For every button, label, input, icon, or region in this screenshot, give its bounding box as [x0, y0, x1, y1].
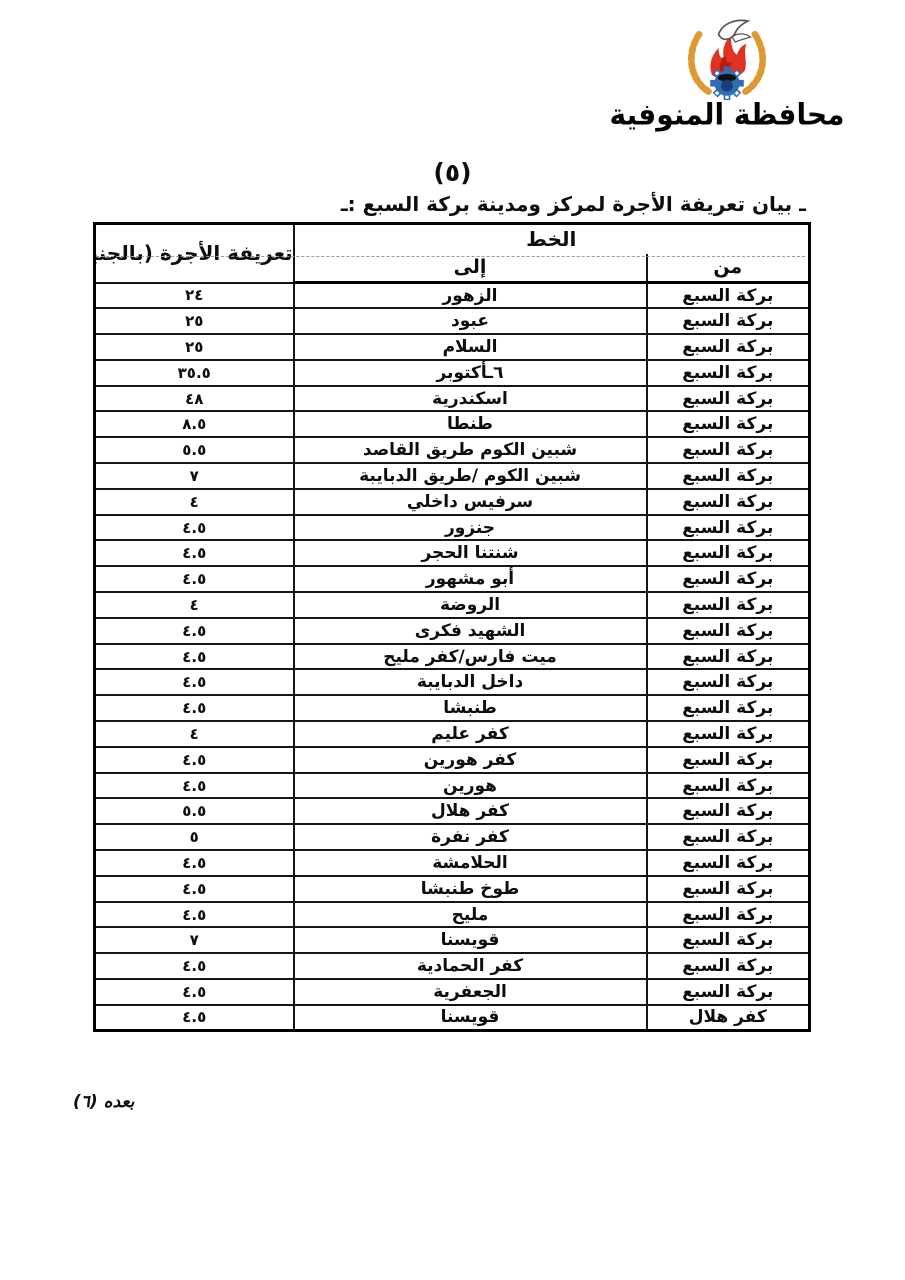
from-cell: بركة السبع	[647, 669, 810, 695]
fare-row: بركة السبع السلام ٢٥	[95, 334, 810, 360]
to-cell: ميت فارس/كفر مليح	[294, 644, 647, 670]
to-cell: ٦ـأكتوبر	[294, 360, 647, 386]
fare-row: بركة السبع طنبشا ٤.٥	[95, 695, 810, 721]
fare-row: بركة السبع الشهيد فكرى ٤.٥	[95, 618, 810, 644]
from-cell: بركة السبع	[647, 540, 810, 566]
from-cell: بركة السبع	[647, 876, 810, 902]
fare-cell: ٤.٥	[95, 644, 294, 670]
from-cell: بركة السبع	[647, 334, 810, 360]
from-cell: بركة السبع	[647, 463, 810, 489]
fare-row: بركة السبع الروضة ٤	[95, 592, 810, 618]
to-cell: مليح	[294, 902, 647, 928]
to-cell: عبود	[294, 308, 647, 334]
fare-cell: ٤.٥	[95, 540, 294, 566]
fare-row: بركة السبع كفر هلال ٥.٥	[95, 798, 810, 824]
wheat-left	[691, 33, 708, 92]
fare-cell: ٨.٥	[95, 411, 294, 437]
fare-row: بركة السبع كفر نفرة ٥	[95, 824, 810, 850]
to-cell: اسكندرية	[294, 386, 647, 412]
fare-table-body: بركة السبع الزهور ٢٤ بركة السبع عبود ٢٥ …	[95, 283, 810, 1031]
fare-table-wrapper: الخط تعريفة الأجرة (بالجنيه) من إلى بركة…	[93, 222, 808, 1032]
from-cell: بركة السبع	[647, 695, 810, 721]
fare-row: بركة السبع هورين ٤.٥	[95, 773, 810, 799]
fare-cell: ٤٨	[95, 386, 294, 412]
fare-cell: ٢٤	[95, 283, 294, 309]
from-cell: بركة السبع	[647, 489, 810, 515]
to-cell: الزهور	[294, 283, 647, 309]
fare-row: بركة السبع سرفيس داخلي ٤	[95, 489, 810, 515]
fare-cell: ٤	[95, 721, 294, 747]
from-cell: بركة السبع	[647, 437, 810, 463]
to-cell: طنبشا	[294, 695, 647, 721]
to-cell: كفر هلال	[294, 798, 647, 824]
from-cell: بركة السبع	[647, 850, 810, 876]
fare-cell: ٢٥	[95, 308, 294, 334]
fare-cell: ٧	[95, 463, 294, 489]
to-cell: شبين الكوم /طريق الدبايبة	[294, 463, 647, 489]
fare-cell: ٤.٥	[95, 618, 294, 644]
governorate-emblem: محافظة المنوفية	[647, 16, 807, 131]
from-cell: بركة السبع	[647, 721, 810, 747]
fare-row: بركة السبع أبو مشهور ٤.٥	[95, 566, 810, 592]
fare-row: بركة السبع شبين الكوم طريق القاصد ٥.٥	[95, 437, 810, 463]
from-cell: بركة السبع	[647, 515, 810, 541]
from-cell: بركة السبع	[647, 644, 810, 670]
wheat-right	[745, 33, 762, 92]
to-cell: قويسنا	[294, 1005, 647, 1031]
from-cell: بركة السبع	[647, 824, 810, 850]
fare-cell: ٤	[95, 489, 294, 515]
fare-row: بركة السبع الزهور ٢٤	[95, 283, 810, 309]
fare-row: بركة السبع شبين الكوم /طريق الدبايبة ٧	[95, 463, 810, 489]
to-cell: شنتنا الحجر	[294, 540, 647, 566]
from-cell: بركة السبع	[647, 953, 810, 979]
to-cell: الجعفرية	[294, 979, 647, 1005]
column-header-fare: تعريفة الأجرة (بالجنيه)	[95, 224, 294, 283]
from-cell: بركة السبع	[647, 308, 810, 334]
to-cell: قويسنا	[294, 927, 647, 953]
fare-row: بركة السبع شنتنا الحجر ٤.٥	[95, 540, 810, 566]
from-cell: بركة السبع	[647, 902, 810, 928]
to-cell: طنطا	[294, 411, 647, 437]
from-cell: بركة السبع	[647, 798, 810, 824]
from-cell: بركة السبع	[647, 566, 810, 592]
fare-row: بركة السبع الجعفرية ٤.٥	[95, 979, 810, 1005]
to-cell: طوخ طنبشا	[294, 876, 647, 902]
fare-cell: ٥.٥	[95, 798, 294, 824]
column-header-from: من	[647, 254, 810, 283]
from-cell: بركة السبع	[647, 979, 810, 1005]
fare-row: بركة السبع كفر عليم ٤	[95, 721, 810, 747]
fare-row: بركة السبع مليح ٤.٥	[95, 902, 810, 928]
to-cell: هورين	[294, 773, 647, 799]
to-cell: أبو مشهور	[294, 566, 647, 592]
fare-row: بركة السبع ميت فارس/كفر مليح ٤.٥	[95, 644, 810, 670]
from-cell: بركة السبع	[647, 927, 810, 953]
to-cell: الحلامشة	[294, 850, 647, 876]
to-cell: الروضة	[294, 592, 647, 618]
governorate-logo-icon	[670, 16, 784, 100]
fare-cell: ٤.٥	[95, 773, 294, 799]
from-cell: بركة السبع	[647, 747, 810, 773]
fare-cell: ٢٥	[95, 334, 294, 360]
fare-cell: ٤.٥	[95, 1005, 294, 1031]
fare-cell: ٥	[95, 824, 294, 850]
fare-cell: ٣٥.٥	[95, 360, 294, 386]
fare-cell: ٤.٥	[95, 979, 294, 1005]
governorate-name: محافظة المنوفية	[610, 97, 845, 132]
from-cell: بركة السبع	[647, 411, 810, 437]
fare-cell: ٤.٥	[95, 747, 294, 773]
fare-row: بركة السبع طوخ طنبشا ٤.٥	[95, 876, 810, 902]
fare-row: بركة السبع ٦ـأكتوبر ٣٥.٥	[95, 360, 810, 386]
small-bird-icon	[732, 34, 750, 42]
fare-table: الخط تعريفة الأجرة (بالجنيه) من إلى بركة…	[93, 222, 811, 1032]
to-cell: كفر الحمادية	[294, 953, 647, 979]
fare-row: بركة السبع الحلامشة ٤.٥	[95, 850, 810, 876]
fare-cell: ٤.٥	[95, 902, 294, 928]
from-cell: بركة السبع	[647, 773, 810, 799]
fare-cell: ٤.٥	[95, 876, 294, 902]
to-cell: شبين الكوم طريق القاصد	[294, 437, 647, 463]
fare-row: بركة السبع جنزور ٤.٥	[95, 515, 810, 541]
page-number: (٥)	[0, 158, 905, 187]
to-cell: داخل الدبايبة	[294, 669, 647, 695]
fare-row: بركة السبع داخل الدبايبة ٤.٥	[95, 669, 810, 695]
fare-row: بركة السبع كفر الحمادية ٤.٥	[95, 953, 810, 979]
to-cell: كفر نفرة	[294, 824, 647, 850]
from-cell: بركة السبع	[647, 283, 810, 309]
fare-cell: ٤.٥	[95, 515, 294, 541]
to-cell: كفر هورين	[294, 747, 647, 773]
to-cell: كفر عليم	[294, 721, 647, 747]
from-cell: بركة السبع	[647, 360, 810, 386]
fare-cell: ٤.٥	[95, 850, 294, 876]
fare-cell: ٤.٥	[95, 669, 294, 695]
fare-cell: ٥.٥	[95, 437, 294, 463]
column-header-to: إلى	[294, 254, 647, 283]
from-cell: كفر هلال	[647, 1005, 810, 1031]
document-title: ـ بيان تعريفة الأجرة لمركز ومدينة بركة ا…	[341, 192, 806, 216]
fare-row: كفر هلال قويسنا ٤.٥	[95, 1005, 810, 1031]
to-cell: سرفيس داخلي	[294, 489, 647, 515]
from-cell: بركة السبع	[647, 386, 810, 412]
fare-cell: ٤.٥	[95, 695, 294, 721]
to-cell: السلام	[294, 334, 647, 360]
continuation-note: بعده (٦)	[73, 1092, 134, 1112]
fare-cell: ٤.٥	[95, 953, 294, 979]
scanned-document-page: محافظة المنوفية (٥) ـ بيان تعريفة الأجرة…	[0, 0, 905, 1280]
from-cell: بركة السبع	[647, 592, 810, 618]
fare-cell: ٧	[95, 927, 294, 953]
fare-row: بركة السبع اسكندرية ٤٨	[95, 386, 810, 412]
to-cell: الشهيد فكرى	[294, 618, 647, 644]
column-header-line: الخط	[294, 224, 810, 254]
fare-row: بركة السبع قويسنا ٧	[95, 927, 810, 953]
to-cell: جنزور	[294, 515, 647, 541]
gear-icon	[710, 66, 744, 100]
from-cell: بركة السبع	[647, 618, 810, 644]
fare-row: بركة السبع كفر هورين ٤.٥	[95, 747, 810, 773]
fare-row: بركة السبع عبود ٢٥	[95, 308, 810, 334]
fare-cell: ٤.٥	[95, 566, 294, 592]
fare-cell: ٤	[95, 592, 294, 618]
fare-row: بركة السبع طنطا ٨.٥	[95, 411, 810, 437]
